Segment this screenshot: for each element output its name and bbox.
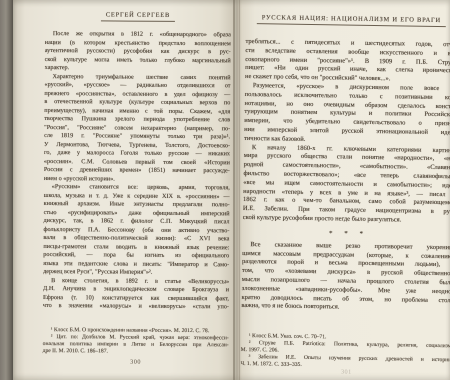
right-page: РУССКАЯ НАЦИЯ: НАЦИОНАЛИЗМ И ЕГО ВРАГИ т… xyxy=(237,0,450,380)
right-page-content: РУССКАЯ НАЦИЯ: НАЦИОНАЛИЗМ И ЕГО ВРАГИ т… xyxy=(231,0,450,380)
text-line: ской культуре могла иметь только глубоко… xyxy=(45,56,231,66)
book-scan: СЕРГЕЙ СЕРГЕЕВ После же открытия в 1812 … xyxy=(0,0,450,380)
paragraph: Все сказанное выше резко противоречит ук… xyxy=(241,241,450,315)
paragraph: «Русским» становится все: церковь, армия… xyxy=(43,183,230,278)
left-page-number: 300 xyxy=(43,358,229,366)
paragraph: К началу 1860-х гг. ключевыми категориям… xyxy=(243,144,450,226)
paragraph: В конце столетия, в 1892 г. в статье «Ве… xyxy=(43,277,229,312)
text-line: дре II. М. 2010. С. 186–187. xyxy=(43,348,229,356)
right-running-header-text: РУССКАЯ НАЦИЯ: НАЦИОНАЛИЗМ И ЕГО ВРАГИ xyxy=(257,14,446,26)
left-body-text: После же открытия в 1812 г. «общенародно… xyxy=(43,30,231,312)
paragraph: ² Цит. по: Долбилов М. Русский край, чуж… xyxy=(43,334,229,356)
right-running-header: РУССКАЯ НАЦИЯ: НАЦИОНАЛИЗМ И ЕГО ВРАГИ xyxy=(239,14,450,27)
right-footnotes: ¹ Клосс Б.М. Указ. соч. С. 70–71.² Струв… xyxy=(240,333,450,371)
paragraph: После же открытия в 1812 г. «общенародно… xyxy=(45,30,231,74)
left-footnotes: ¹ Клосс Б.М. О происхождении названия «Р… xyxy=(43,327,229,356)
right-body-text: требляться... с пятидесятых и шестидесят… xyxy=(241,38,450,314)
left-running-header-text: СЕРГЕЙ СЕРГЕЕВ xyxy=(101,11,175,21)
paragraph: Характерно триумфальное шествие самих по… xyxy=(44,73,231,185)
left-page: СЕРГЕЙ СЕРГЕЕВ После же открытия в 1812 … xyxy=(13,0,237,380)
left-running-header: СЕРГЕЙ СЕРГЕЕВ xyxy=(45,11,231,22)
paragraph: Разумеется, «русское» в дискурсивном пол… xyxy=(244,82,450,147)
text-line: что в значении «малорусы» и «великорусы»… xyxy=(43,302,229,312)
paragraph: требляться... с пятидесятых и шестидесят… xyxy=(245,38,450,85)
gutter-highlight-line xyxy=(239,0,240,380)
gutter-shadow-line xyxy=(233,0,235,380)
left-page-content: СЕРГЕЙ СЕРГЕЕВ После же открытия в 1812 … xyxy=(10,0,237,380)
